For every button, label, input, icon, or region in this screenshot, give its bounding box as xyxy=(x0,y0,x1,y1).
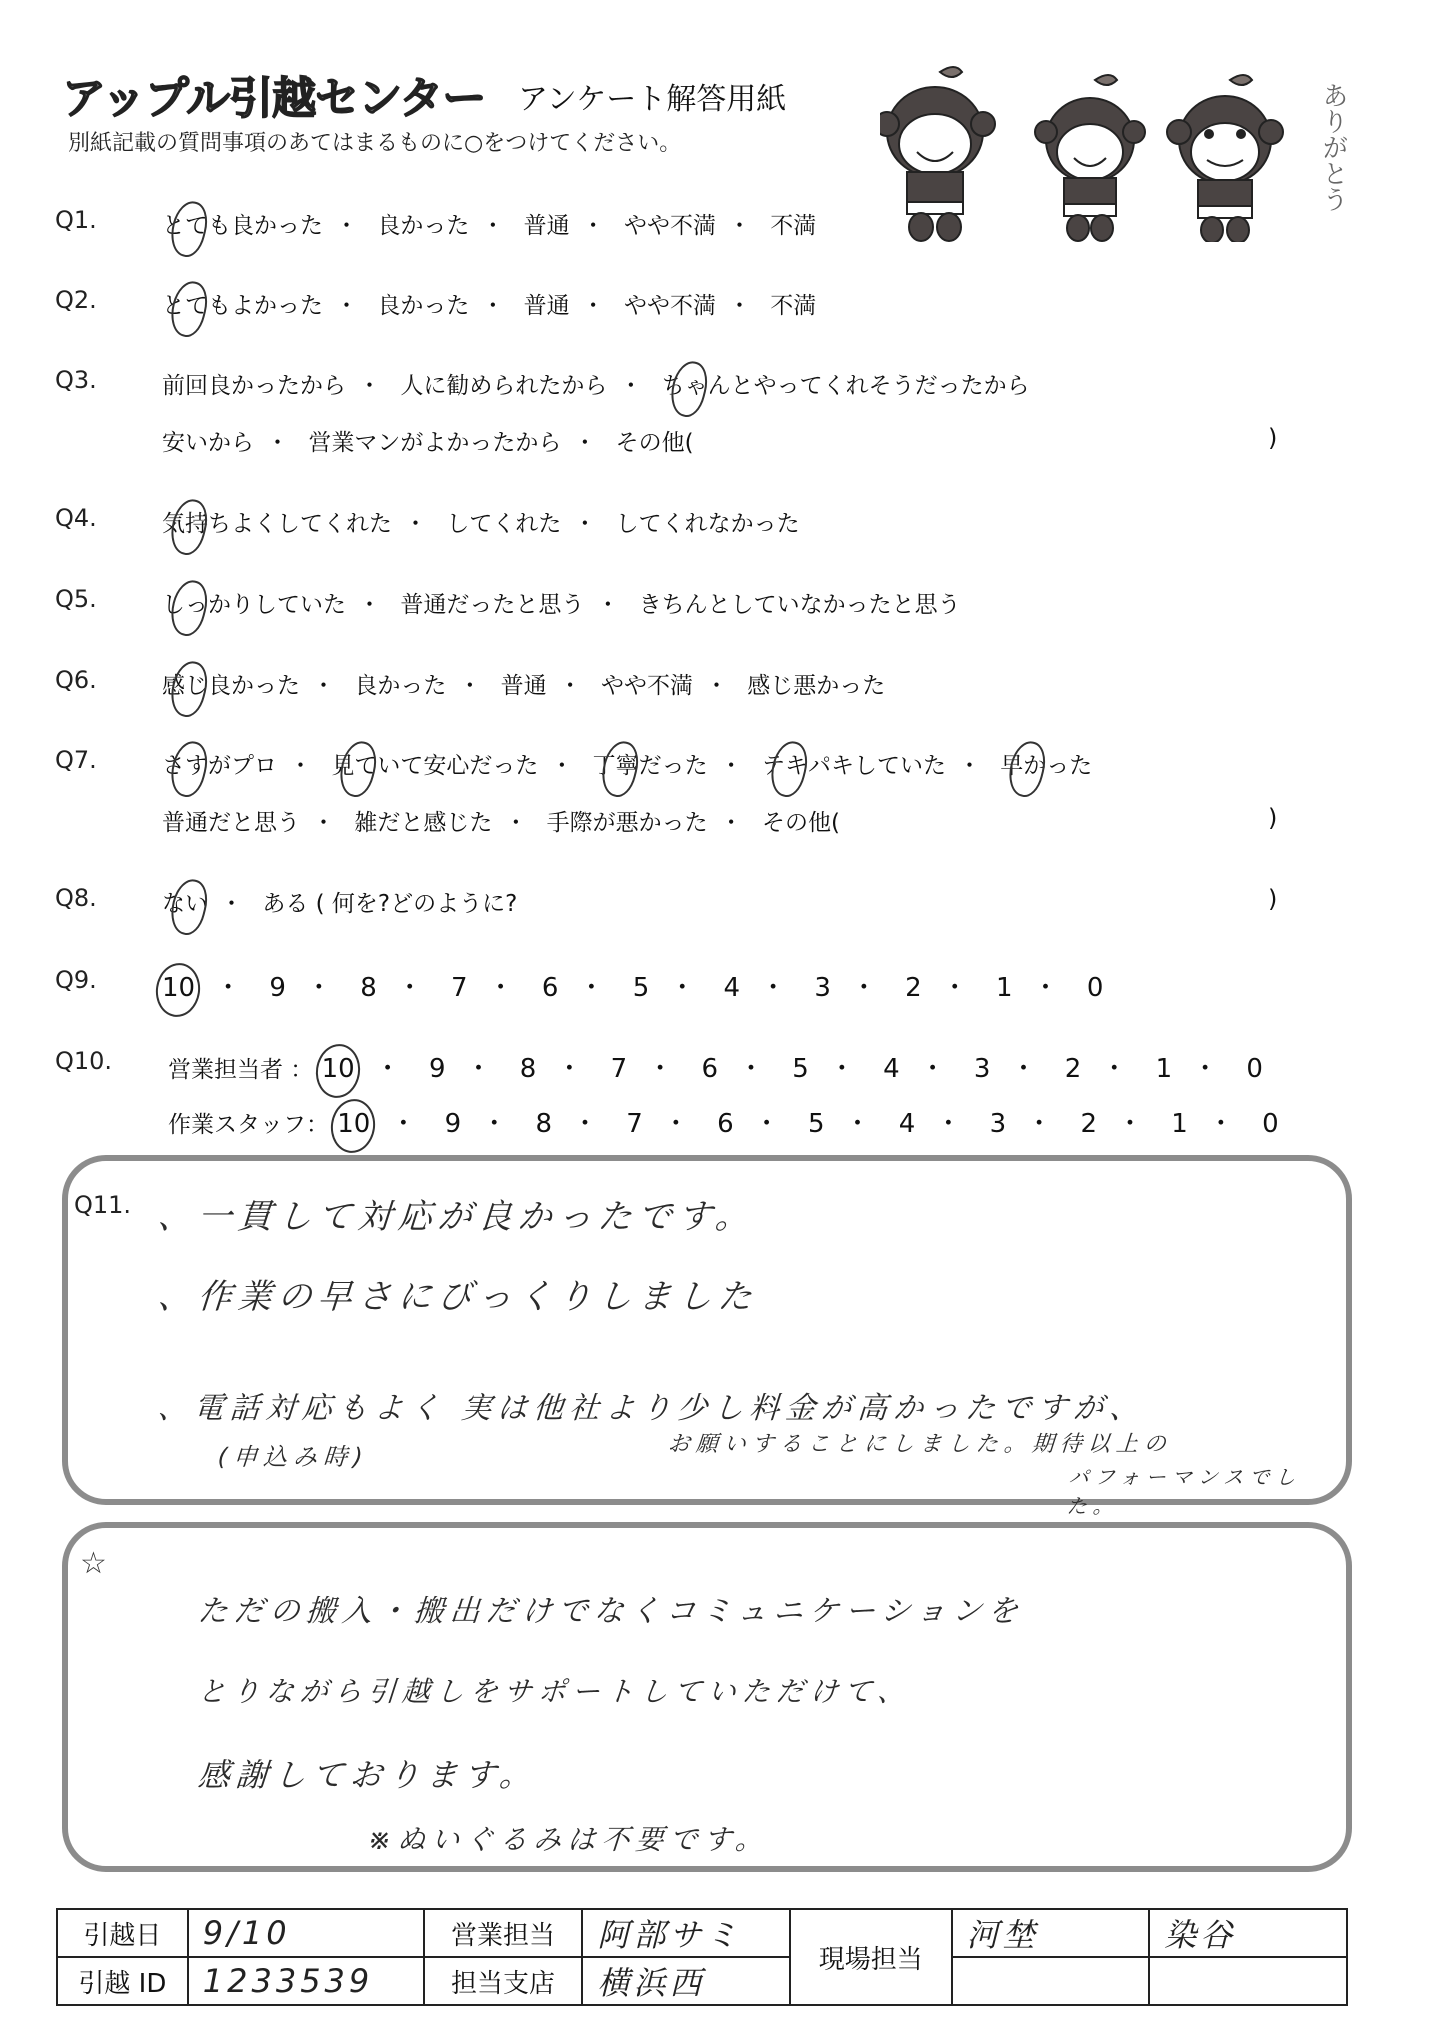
q1-option-3[interactable]: 普通 xyxy=(524,213,570,239)
additional-comment-box[interactable]: ☆ ただの搬入・搬出だけでなくコミュニケーションを とりながら引越しをサポートし… xyxy=(62,1522,1352,1872)
site-staff-3[interactable] xyxy=(952,1957,1150,2005)
q7-option-5[interactable]: 早かった xyxy=(1000,753,1092,779)
q10-sales-score-10[interactable]: 10 xyxy=(322,1054,355,1084)
q1-options: とても良かった・ 良かった・ 普通・ やや不満・ 不満 xyxy=(162,207,816,240)
q9-label: Q9. xyxy=(55,966,97,994)
q3-option-other[interactable]: その他( xyxy=(616,430,694,456)
q8-option-some[interactable]: ある ( 何を?どのように? xyxy=(262,891,517,917)
q6-option-1[interactable]: 感じ良かった xyxy=(162,673,300,699)
q10-staff-score-0[interactable]: 0 xyxy=(1262,1109,1279,1139)
monkey-mascots-illustration xyxy=(880,62,1320,242)
q5-label: Q5. xyxy=(55,585,97,613)
q10-staff-label: 作業スタッフ： xyxy=(168,1112,329,1138)
q2-option-3[interactable]: 普通 xyxy=(524,293,570,319)
q5-option-1[interactable]: しっかりしていた xyxy=(162,592,346,618)
comment-line-4: ※ぬいぐるみは不要です。 xyxy=(367,1818,771,1858)
q3-options-line1: 前回良かったから・ 人に勧められたから・ ちゃんとやってくれそうだったから xyxy=(162,367,1030,400)
q5-options: しっかりしていた・ 普通だったと思う・ きちんとしていなかったと思う xyxy=(162,586,961,619)
q4-option-3[interactable]: してくれなかった xyxy=(616,511,800,537)
q10-staff-score-4[interactable]: 4 xyxy=(899,1109,916,1139)
q4-options: 気持ちよくしてくれた・ してくれた・ してくれなかった xyxy=(162,505,800,538)
q7-option-7[interactable]: 雑だと感じた xyxy=(354,810,492,836)
move-info-table: 引越日 9/10 営業担当 阿部サミ 現場担当 河埜 染谷 引越 ID 1233… xyxy=(56,1908,1348,2006)
q7-option-3[interactable]: 丁寧だった xyxy=(593,753,708,779)
q10-sales-score-2[interactable]: 2 xyxy=(1065,1054,1082,1084)
q2-label: Q2. xyxy=(55,286,97,314)
sales-rep-value[interactable]: 阿部サミ xyxy=(582,1909,790,1957)
q10-staff-score-7[interactable]: 7 xyxy=(626,1109,643,1139)
q8-label: Q8. xyxy=(55,884,97,912)
q10-sales-score-3[interactable]: 3 xyxy=(974,1054,991,1084)
q6-options: 感じ良かった・ 良かった・ 普通・ やや不満・ 感じ悪かった xyxy=(162,667,885,700)
q2-option-2[interactable]: 良かった xyxy=(377,293,469,319)
q9-score-1[interactable]: 1 xyxy=(996,973,1013,1003)
q10-staff-score-5[interactable]: 5 xyxy=(808,1109,825,1139)
q10-sales-score-5[interactable]: 5 xyxy=(792,1054,809,1084)
q10-staff-score-6[interactable]: 6 xyxy=(717,1109,734,1139)
q8-options: ない・ ある ( 何を?どのように? xyxy=(162,885,517,918)
comment-line-1: ただの搬入・搬出だけでなくコミュニケーションを xyxy=(196,1586,1025,1630)
branch-value[interactable]: 横浜西 xyxy=(582,1957,790,2005)
q1-option-4[interactable]: やや不満 xyxy=(624,213,716,239)
q3-close-paren: ) xyxy=(1268,424,1277,452)
q9-score-5[interactable]: 5 xyxy=(633,973,650,1003)
form-title: アンケート解答用紙 xyxy=(518,74,786,118)
q5-option-3[interactable]: きちんとしていなかったと思う xyxy=(639,592,961,618)
q7-option-6[interactable]: 普通だと思う xyxy=(162,810,300,836)
q9-score-9[interactable]: 9 xyxy=(269,973,286,1003)
q11-line-1: 、一貫して対応が良かったです。 xyxy=(156,1189,757,1238)
q9-scale: 10・ 9・ 8・ 7・ 6・ 5・ 4・ 3・ 2・ 1・ 0 xyxy=(162,967,1103,1004)
q1-option-1[interactable]: とても良かった xyxy=(162,213,323,239)
q11-line-2: 、作業の早さにびっくりしました xyxy=(156,1269,759,1318)
q9-score-10[interactable]: 10 xyxy=(162,973,195,1003)
q10-sales-score-7[interactable]: 7 xyxy=(611,1054,628,1084)
thanks-text: ありがとう xyxy=(1312,82,1352,212)
q3-option-3[interactable]: ちゃんとやってくれそうだったから xyxy=(662,373,1030,399)
q9-score-0[interactable]: 0 xyxy=(1087,973,1104,1003)
q10-staff-score-3[interactable]: 3 xyxy=(990,1109,1007,1139)
q1-label: Q1. xyxy=(55,206,97,234)
q10-sales-score-6[interactable]: 6 xyxy=(701,1054,718,1084)
q9-score-3[interactable]: 3 xyxy=(814,973,831,1003)
star-icon: ☆ xyxy=(80,1546,107,1581)
q7-option-1[interactable]: さすがプロ xyxy=(162,753,277,779)
q10-sales-scale: 営業担当者 ： 10・ 9・ 8・ 7・ 6・ 5・ 4・ 3・ 2・ 1・ 0 xyxy=(168,1048,1263,1085)
q10-staff-score-9[interactable]: 9 xyxy=(445,1109,462,1139)
q7-label: Q7. xyxy=(55,746,97,774)
sales-rep-label: 営業担当 xyxy=(424,1909,583,1957)
q7-option-4[interactable]: テキパキしていた xyxy=(762,753,946,779)
q3-label: Q3. xyxy=(55,366,97,394)
q7-options-line2: 普通だと思う・ 雑だと感じた・ 手際が悪かった・ その他( xyxy=(162,804,840,837)
q9-score-8[interactable]: 8 xyxy=(360,973,377,1003)
company-title: アップル引越センター xyxy=(62,62,485,126)
branch-label: 担当支店 xyxy=(424,1957,583,2005)
q1-option-2[interactable]: 良かった xyxy=(377,213,469,239)
site-staff-1[interactable]: 河埜 xyxy=(952,1909,1150,1957)
q8-close-paren: ) xyxy=(1268,885,1277,913)
q10-staff-score-1[interactable]: 1 xyxy=(1171,1109,1188,1139)
q6-option-2[interactable]: 良かった xyxy=(354,673,446,699)
q10-sales-score-4[interactable]: 4 xyxy=(883,1054,900,1084)
site-staff-2[interactable]: 染谷 xyxy=(1149,1909,1347,1957)
q9-score-2[interactable]: 2 xyxy=(905,973,922,1003)
q6-option-4[interactable]: やや不満 xyxy=(601,673,693,699)
q5-option-2[interactable]: 普通だったと思う xyxy=(400,592,584,618)
comment-line-2: とりながら引越しをサポートしていただけて、 xyxy=(197,1670,913,1710)
q4-label: Q4. xyxy=(55,504,97,532)
q10-label: Q10. xyxy=(55,1047,112,1075)
move-date-label: 引越日 xyxy=(57,1909,188,1957)
q3-options-line2: 安いから・ 営業マンがよかったから・ その他( xyxy=(162,424,694,457)
comment-line-3: 感謝しております。 xyxy=(196,1750,539,1796)
q7-close-paren: ) xyxy=(1268,804,1277,832)
q10-sales-score-0[interactable]: 0 xyxy=(1246,1054,1263,1084)
q11-label: Q11. xyxy=(74,1191,131,1219)
q10-staff-scale: 作業スタッフ： 10・ 9・ 8・ 7・ 6・ 5・ 4・ 3・ 2・ 1・ 0 xyxy=(168,1103,1279,1140)
q10-staff-score-2[interactable]: 2 xyxy=(1080,1109,1097,1139)
instruction-text: 別紙記載の質問事項のあてはまるものに○をつけてください。 xyxy=(68,126,681,157)
q11-line-5: お願いすることにしました。期待以上の xyxy=(667,1427,1173,1458)
q11-line-4: (申込み時) xyxy=(217,1437,370,1472)
q10-sales-score-8[interactable]: 8 xyxy=(520,1054,537,1084)
q9-score-6[interactable]: 6 xyxy=(542,973,559,1003)
q10-staff-score-8[interactable]: 8 xyxy=(535,1109,552,1139)
q3-option-5[interactable]: 営業マンがよかったから xyxy=(308,430,561,456)
q6-option-5[interactable]: 感じ悪かった xyxy=(747,673,885,699)
q7-option-8[interactable]: 手際が悪かった xyxy=(547,810,708,836)
q4-option-2[interactable]: してくれた xyxy=(446,511,561,537)
q3-option-1[interactable]: 前回良かったから xyxy=(162,373,346,399)
q3-option-4[interactable]: 安いから xyxy=(162,430,254,456)
q10-sales-label: 営業担当者 ： xyxy=(168,1057,313,1083)
site-staff-label: 現場担当 xyxy=(790,1909,952,2005)
site-staff-4[interactable] xyxy=(1149,1957,1347,2005)
q8-option-none[interactable]: ない xyxy=(162,891,208,917)
q2-options: とてもよかった・ 良かった・ 普通・ やや不満・ 不満 xyxy=(162,287,816,320)
q7-option-2[interactable]: 見ていて安心だった xyxy=(331,753,538,779)
q4-option-1[interactable]: 気持ちよくしてくれた xyxy=(162,511,392,537)
move-date-value[interactable]: 9/10 xyxy=(188,1909,424,1957)
q10-sales-score-1[interactable]: 1 xyxy=(1156,1054,1173,1084)
q6-label: Q6. xyxy=(55,666,97,694)
move-id-value[interactable]: 1233539 xyxy=(188,1957,424,2005)
q9-score-7[interactable]: 7 xyxy=(451,973,468,1003)
q2-option-5[interactable]: 不満 xyxy=(770,293,816,319)
q9-score-4[interactable]: 4 xyxy=(724,973,741,1003)
q7-options-line1: さすがプロ・ 見ていて安心だった・ 丁寧だった・ テキパキしていた・ 早かった xyxy=(162,747,1092,780)
q11-line-6: パフォーマンスでした。 xyxy=(1066,1461,1348,1519)
q6-option-3[interactable]: 普通 xyxy=(501,673,547,699)
q11-line-3: 、電話対応もよく 実は他社より少し料金が高かったですが、 xyxy=(156,1383,1147,1427)
q3-option-2[interactable]: 人に勧められたから xyxy=(400,373,607,399)
q10-staff-score-10[interactable]: 10 xyxy=(337,1109,370,1139)
move-id-label: 引越 ID xyxy=(57,1957,188,2005)
q7-option-other[interactable]: その他( xyxy=(762,810,840,836)
q1-option-5[interactable]: 不満 xyxy=(770,213,816,239)
q2-option-1[interactable]: とてもよかった xyxy=(162,293,323,319)
monkey-mascot-icon xyxy=(880,67,1283,242)
q10-sales-score-9[interactable]: 9 xyxy=(429,1054,446,1084)
q2-option-4[interactable]: やや不満 xyxy=(624,293,716,319)
q11-comment-box[interactable]: Q11. 、一貫して対応が良かったです。 、作業の早さにびっくりしました 、電話… xyxy=(62,1155,1352,1505)
